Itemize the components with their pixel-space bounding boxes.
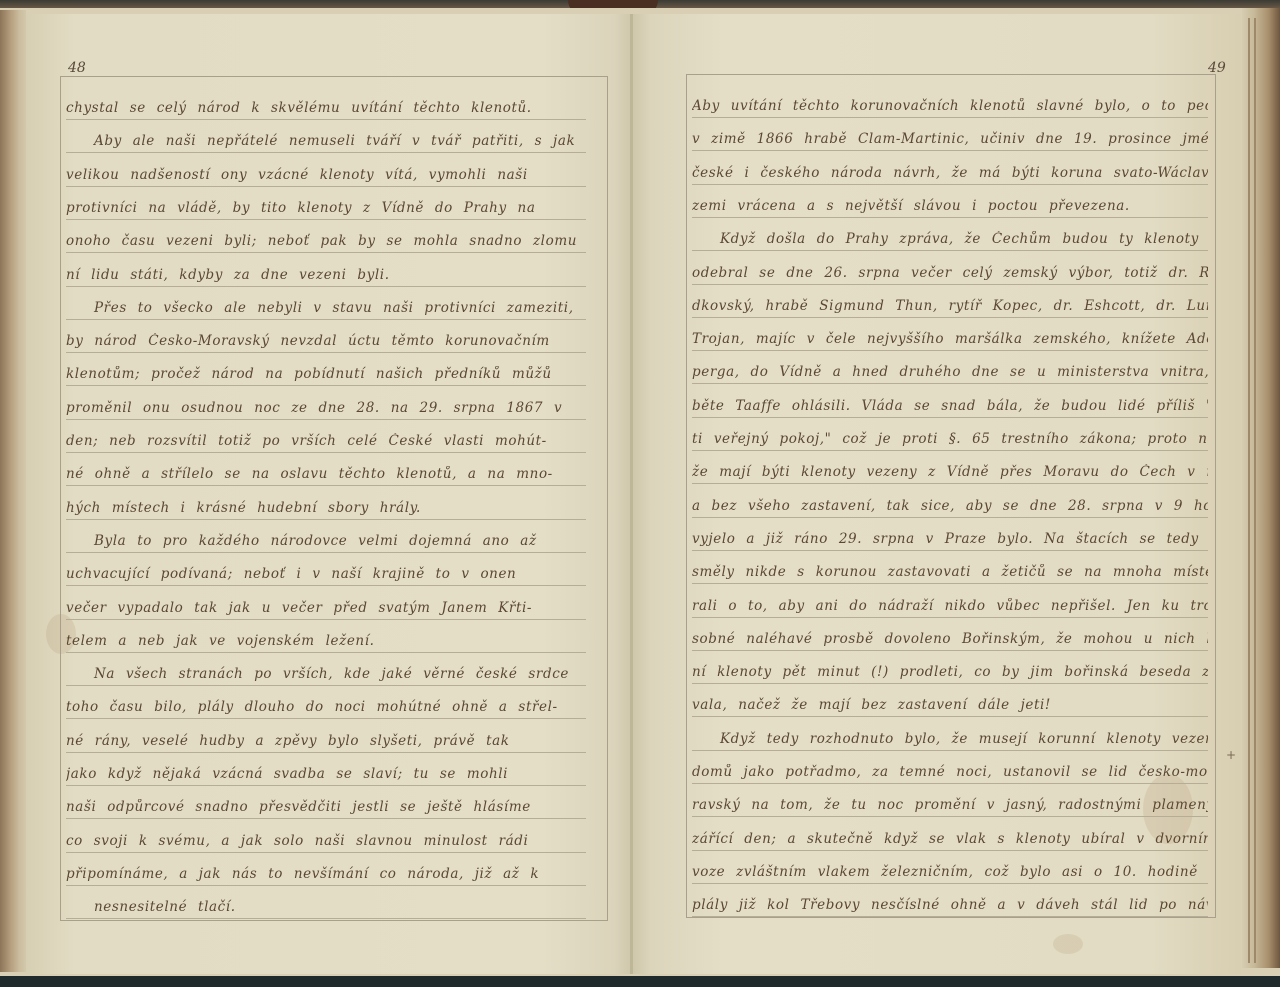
- handwritten-text: jako když nějaká vzácná svadba se slaví;…: [66, 766, 586, 782]
- handwritten-text: Byla to pro každého národovce velmi doje…: [66, 533, 586, 549]
- manuscript-line: směly nikde s korunou zastavovati a žeti…: [692, 546, 1208, 584]
- manuscript-line: Byla to pro každého národovce velmi doje…: [66, 515, 586, 553]
- page-edge-line: [1248, 18, 1250, 963]
- manuscript-line: toho času bilo, plály dlouho do noci moh…: [66, 681, 586, 719]
- manuscript-line: onoho času vezeni byli; neboť pak by se …: [66, 215, 586, 253]
- handwritten-text: velikou nadšeností ony vzácné klenoty ví…: [66, 167, 586, 183]
- manuscript-line: perga, do Vídně a hned druhého dne se u …: [692, 346, 1208, 384]
- handwritten-text: naši odpůrcové snadno přesvědčiti jestli…: [66, 799, 586, 815]
- manuscript-line: plály již kol Třebovy nesčíslné ohně a v…: [692, 879, 1208, 917]
- handwritten-text: Přes to všecko ale nebyli v stavu naši p…: [66, 300, 586, 316]
- manuscript-line: protivníci na vládě, by tito klenoty z V…: [66, 182, 586, 220]
- handwritten-text: Aby uvítání těchto korunovačních klenotů…: [692, 98, 1208, 114]
- handwritten-text: domů jako potřadmo, za temné noci, ustan…: [692, 764, 1208, 780]
- handwritten-text: onoho času vezeni byli; neboť pak by se …: [66, 233, 586, 249]
- handwritten-text: připomínáme, a jak nás to nevšímání co n…: [66, 866, 586, 882]
- left-page-number: 48: [68, 60, 86, 76]
- manuscript-line: ravský na tom, že tu noc promění v jasný…: [692, 779, 1208, 817]
- manuscript-line: jako když nějaká vzácná svadba se slaví;…: [66, 748, 586, 786]
- handwritten-text: ravský na tom, že tu noc promění v jasný…: [692, 797, 1208, 813]
- handwritten-text: v zimě 1866 hrabě Clam-Martinic, učiniv …: [692, 131, 1208, 147]
- handwritten-text: hých místech i krásné hudební sbory hrál…: [66, 500, 586, 516]
- handwritten-text: Trojan, majíc v čele nejvyššího maršálka…: [692, 331, 1208, 347]
- handwritten-text: dkovský, hrabě Sigmund Thun, rytíř Kopec…: [692, 298, 1208, 314]
- manuscript-line: sobné naléhavé prosbě dovoleno Bořinským…: [692, 613, 1208, 651]
- left-page-stack-edge: [0, 10, 26, 972]
- manuscript-line: připomínáme, a jak nás to nevšímání co n…: [66, 848, 586, 886]
- handwritten-text: Aby ale naši nepřátelé nemuseli tváří v …: [66, 133, 586, 149]
- handwritten-text: ní lidu státi, kdyby za dne vezeni byli.: [66, 267, 586, 283]
- manuscript-line: uchvacující podívaná; neboť i v naší kra…: [66, 548, 586, 586]
- handwritten-text: večer vypadalo tak jak u večer před svat…: [66, 600, 586, 616]
- manuscript-line: Když došla do Prahy zpráva, že Čechům bu…: [692, 213, 1208, 251]
- manuscript-line: co svoji k svému, a jak solo naši slavno…: [66, 815, 586, 853]
- manuscript-line: chystal se celý národ k skvělému uvítání…: [66, 82, 586, 120]
- handwritten-text: protivníci na vládě, by tito klenoty z V…: [66, 200, 586, 216]
- manuscript-line: vala, načež že mají bez zastavení dále j…: [692, 679, 1208, 717]
- manuscript-line: Aby uvítání těchto korunovačních klenotů…: [692, 80, 1208, 118]
- handwritten-text: né ohně a střílelo se na oslavu těchto k…: [66, 466, 586, 482]
- manuscript-line: zářící den; a skutečně když se vlak s kl…: [692, 813, 1208, 851]
- handwritten-text: směly nikde s korunou zastavovati a žeti…: [692, 564, 1208, 580]
- manuscript-line: by národ Česko-Moravský nevzdal úctu těm…: [66, 315, 586, 353]
- handwritten-text: ti veřejný pokoj," což je proti §. 65 tr…: [692, 431, 1208, 447]
- manuscript-line: né rány, veselé hudby a zpěvy bylo slyše…: [66, 715, 586, 753]
- manuscript-line: dkovský, hrabě Sigmund Thun, rytíř Kopec…: [692, 280, 1208, 318]
- handwritten-text: nesnesitelné tlačí.: [66, 899, 586, 915]
- manuscript-line: Trojan, majíc v čele nejvyššího maršálka…: [692, 313, 1208, 351]
- handwritten-text: uchvacující podívaná; neboť i v naší kra…: [66, 566, 586, 582]
- handwritten-text: telem a neb jak ve vojenském ležení.: [66, 633, 586, 649]
- manuscript-line: večer vypadalo tak jak u večer před svat…: [66, 582, 586, 620]
- manuscript-line: né ohně a střílelo se na oslavu těchto k…: [66, 448, 586, 486]
- manuscript-line: rali o to, aby ani do nádraží nikdo vůbe…: [692, 580, 1208, 618]
- handwritten-text: perga, do Vídně a hned druhého dne se u …: [692, 364, 1208, 380]
- handwritten-text: vala, načež že mají bez zastavení dále j…: [692, 697, 1208, 713]
- handwritten-text: sobné naléhavé prosbě dovoleno Bořinským…: [692, 631, 1208, 647]
- manuscript-line: zemi vrácena a s největší slávou i pocto…: [692, 180, 1208, 218]
- manuscript-line: české i českého národa návrh, že má býti…: [692, 147, 1208, 185]
- manuscript-line: nesnesitelné tlačí.: [66, 881, 586, 919]
- handwritten-text: zářící den; a skutečně když se vlak s kl…: [692, 831, 1208, 847]
- handwritten-text: voze zvláštním vlakem železničním, což b…: [692, 864, 1208, 880]
- handwritten-text: plály již kol Třebovy nesčíslné ohně a v…: [692, 897, 1208, 913]
- manuscript-line: Aby ale naši nepřátelé nemuseli tváří v …: [66, 115, 586, 153]
- handwritten-text: né rány, veselé hudby a zpěvy bylo slyše…: [66, 733, 586, 749]
- manuscript-line: velikou nadšeností ony vzácné klenoty ví…: [66, 149, 586, 187]
- handwritten-text: zemi vrácena a s největší slávou i pocto…: [692, 198, 1208, 214]
- paper-stain: [1053, 934, 1083, 954]
- handwritten-text: klenotům; pročež národ na pobídnutí naši…: [66, 366, 586, 382]
- handwritten-text: vyjelo a již ráno 29. srpna v Praze bylo…: [692, 531, 1208, 547]
- margin-cross-mark: +: [1226, 748, 1236, 762]
- handwritten-text: by národ Česko-Moravský nevzdal úctu těm…: [66, 333, 586, 349]
- handwritten-text: odebral se dne 26. srpna večer celý zems…: [692, 265, 1208, 281]
- handwritten-text: ní klenoty pět minut (!) prodleti, co by…: [692, 664, 1208, 680]
- manuscript-line: že mají býti klenoty vezeny z Vídně přes…: [692, 446, 1208, 484]
- manuscript-line: Když tedy rozhodnuto bylo, že musejí kor…: [692, 713, 1208, 751]
- manuscript-line: Na všech stranách po vrších, kde jaké vě…: [66, 648, 586, 686]
- handwritten-text: Když tedy rozhodnuto bylo, že musejí kor…: [692, 731, 1208, 747]
- handwritten-text: Když došla do Prahy zpráva, že Čechům bu…: [692, 231, 1208, 247]
- manuscript-line: naši odpůrcové snadno přesvědčiti jestli…: [66, 781, 586, 819]
- handwritten-text: a bez všeho zastavení, tak sice, aby se …: [692, 498, 1208, 514]
- manuscript-line: vyjelo a již ráno 29. srpna v Praze bylo…: [692, 513, 1208, 551]
- manuscript-line: klenotům; pročež národ na pobídnutí naši…: [66, 348, 586, 386]
- handwritten-text: proměnil onu osudnou noc ze dne 28. na 2…: [66, 400, 586, 416]
- manuscript-line: ti veřejný pokoj," což je proti §. 65 tr…: [692, 413, 1208, 451]
- manuscript-line: ní lidu státi, kdyby za dne vezeni byli.: [66, 249, 586, 287]
- manuscript-line: Přes to všecko ale nebyli v stavu naši p…: [66, 282, 586, 320]
- page-edge-line: [1254, 18, 1256, 963]
- manuscript-line: den; neb rozsvítil totiž po vrších celé …: [66, 415, 586, 453]
- handwritten-text: den; neb rozsvítil totiž po vrších celé …: [66, 433, 586, 449]
- manuscript-line: běte Taaffe ohlásili. Vláda se snad bála…: [692, 380, 1208, 418]
- handwritten-text: běte Taaffe ohlásili. Vláda se snad bála…: [692, 398, 1208, 414]
- manuscript-line: v zimě 1866 hrabě Clam-Martinic, učiniv …: [692, 113, 1208, 151]
- manuscript-line: telem a neb jak ve vojenském ležení.: [66, 615, 586, 653]
- handwritten-text: toho času bilo, plály dlouho do noci moh…: [66, 699, 586, 715]
- manuscript-line: hých místech i krásné hudební sbory hrál…: [66, 482, 586, 520]
- manuscript-line: odebral se dne 26. srpna večer celý zems…: [692, 247, 1208, 285]
- manuscript-line: ní klenoty pět minut (!) prodleti, co by…: [692, 646, 1208, 684]
- handwritten-text: rali o to, aby ani do nádraží nikdo vůbe…: [692, 598, 1208, 614]
- handwritten-text: Na všech stranách po vrších, kde jaké vě…: [66, 666, 586, 682]
- handwritten-text: že mají býti klenoty vezeny z Vídně přes…: [692, 464, 1208, 480]
- manuscript-line: voze zvláštním vlakem železničním, což b…: [692, 846, 1208, 884]
- handwritten-text: chystal se celý národ k skvělému uvítání…: [66, 100, 586, 116]
- manuscript-line: proměnil onu osudnou noc ze dne 28. na 2…: [66, 382, 586, 420]
- manuscript-line: domů jako potřadmo, za temné noci, ustan…: [692, 746, 1208, 784]
- handwritten-text: co svoji k svému, a jak solo naši slavno…: [66, 833, 586, 849]
- handwritten-text: české i českého národa návrh, že má býti…: [692, 165, 1208, 181]
- manuscript-line: a bez všeho zastavení, tak sice, aby se …: [692, 480, 1208, 518]
